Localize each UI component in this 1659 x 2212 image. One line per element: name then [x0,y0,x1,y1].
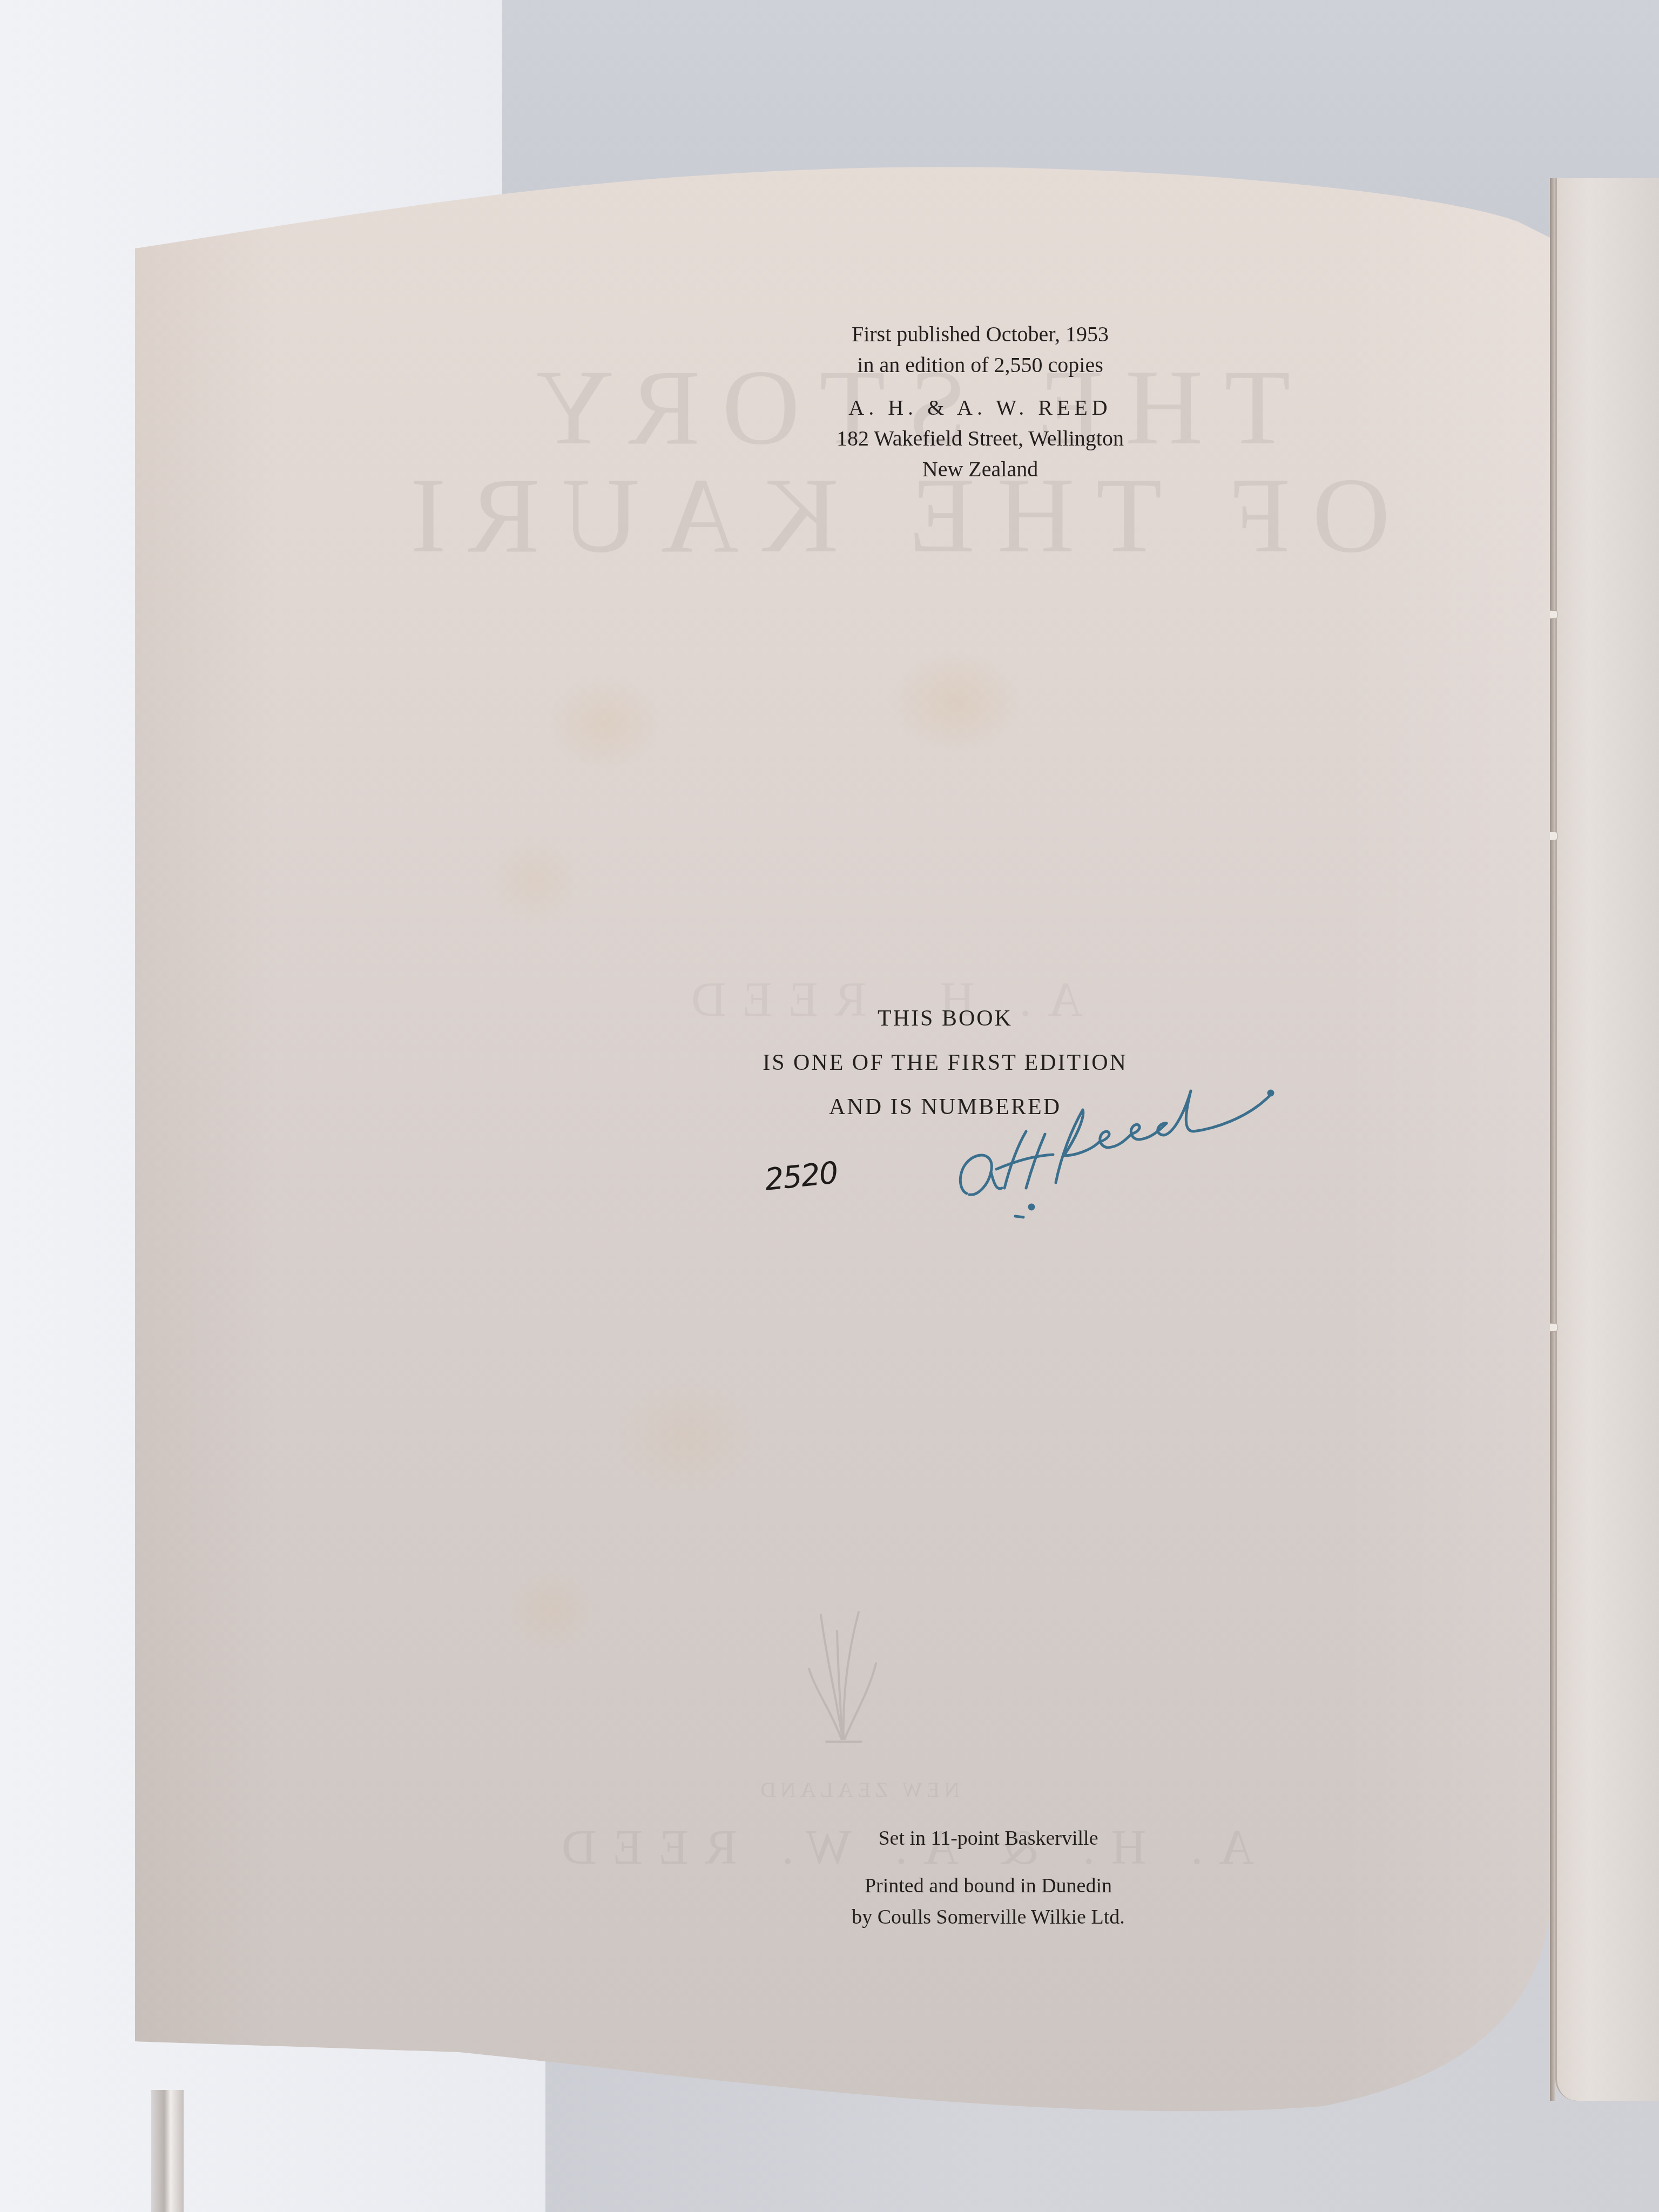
spine-gutter [1550,178,1555,2101]
edition-size-line: in an edition of 2,550 copies [702,349,1258,380]
first-published-line: First published October, 1953 [702,319,1258,349]
publisher-address: 182 Wakefield Street, Wellington [702,423,1258,454]
edition-note-line-1: THIS BOOK [594,996,1296,1041]
publisher-name: A. H. & A. W. REED [702,392,1258,423]
imprint-page: THE STORY OF THE KAURI A. H. REED NEW ZE… [135,151,1550,2117]
printer-line-1: Printed and bound in Dunedin [675,1870,1301,1901]
cover-board-edge [151,2090,184,2212]
facing-page [1555,178,1659,2101]
colophon-block: Set in 11-point Baskerville Printed and … [675,1823,1301,1933]
edition-note-line-2: IS ONE OF THE FIRST EDITION [594,1041,1296,1085]
show-through-place: NEW ZEALAND [756,1777,960,1802]
publisher-country: New Zealand [702,454,1258,484]
publisher-emblem-icon [805,1609,880,1750]
typeface-line: Set in 11-point Baskerville [675,1823,1301,1854]
printer-line-2: by Coulls Somerville Wilkie Ltd. [675,1901,1301,1933]
imprint-block: First published October, 1953 in an edit… [702,319,1258,484]
